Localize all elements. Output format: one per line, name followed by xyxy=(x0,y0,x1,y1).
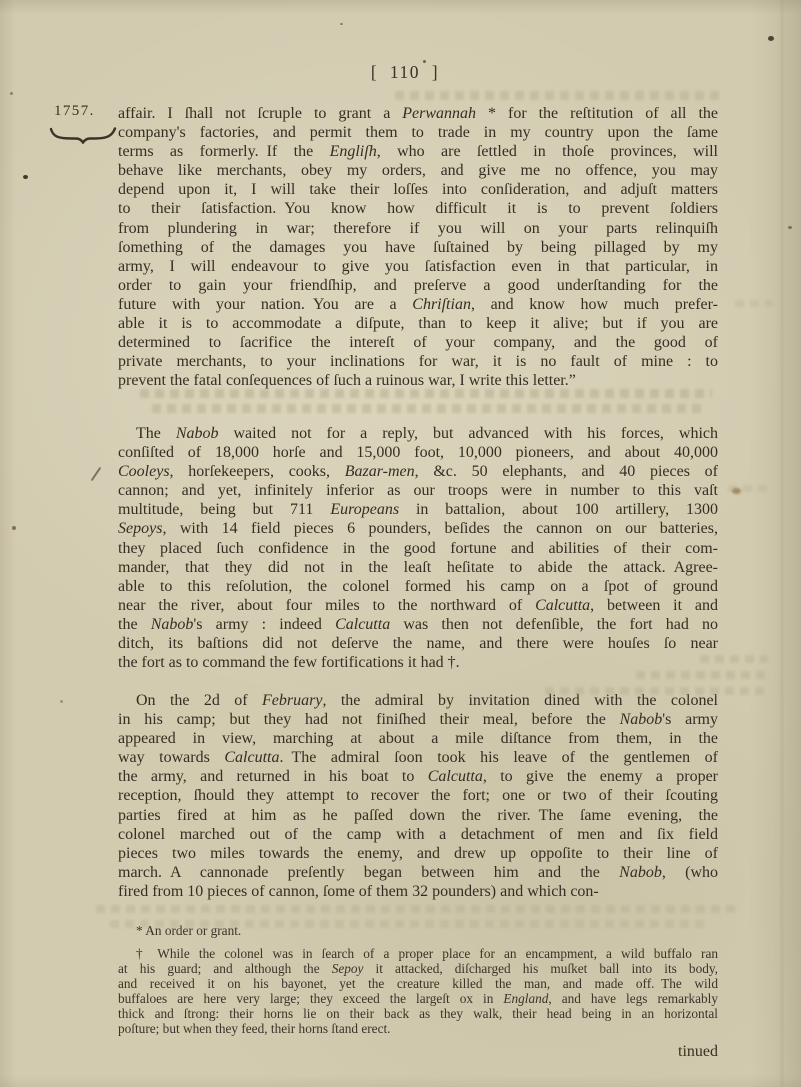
italic-text-segment: Nabob xyxy=(619,864,662,881)
text-segment: they placed ſuch confidence in the good … xyxy=(118,540,718,557)
bleed-through-mark xyxy=(700,655,768,663)
text-line: determined to ſacrifice the intereſt of … xyxy=(118,333,718,352)
italic-text-segment: Perwannah xyxy=(402,105,476,122)
text-line: ditch, its baſtions did not deſerve the … xyxy=(118,634,718,653)
text-segment: fired from 10 pieces of cannon, ſome of … xyxy=(118,883,599,900)
footnote-dagger: † While the colonel was in ſearch of a p… xyxy=(118,946,718,1037)
text-segment: the army, and returned in his boat to xyxy=(118,768,428,785)
foxing-spot xyxy=(732,488,741,494)
italic-text-segment: Europeans xyxy=(330,501,399,518)
italic-text-segment: February xyxy=(262,692,322,709)
text-segment: waited not for a reply, but advanced wit… xyxy=(219,425,719,442)
text-line: appeared in view, marching at about a mi… xyxy=(118,729,718,748)
text-segment: army, I will endeavour to give you ſatis… xyxy=(118,258,718,275)
text-line: able it is to accommodate a diſpute, tha… xyxy=(118,314,718,333)
text-line: army, I will endeavour to give you ſatis… xyxy=(118,257,718,276)
text-segment: prevent the fatal conſequences of ſuch a… xyxy=(118,372,576,389)
italic-text-segment: England xyxy=(503,991,548,1006)
text-segment: multitude, being but 711 xyxy=(118,501,330,518)
margin-year-note: 1757. xyxy=(54,103,95,120)
text-segment: reception, ſhould they attempt to recove… xyxy=(118,787,718,804)
bleed-through-mark xyxy=(152,404,704,413)
bleed-through-mark xyxy=(140,389,712,398)
text-line: Cooleys, horſekeepers, cooks, Bazar-men,… xyxy=(118,462,718,481)
text-line: depend upon it, I will take their loſſes… xyxy=(118,180,718,199)
bleed-through-mark xyxy=(545,687,768,695)
text-segment: order to gain your friendſhip, and preſe… xyxy=(118,277,718,294)
text-segment: march. A cannonade preſently began betwe… xyxy=(118,864,619,881)
ink-speck xyxy=(23,175,28,179)
text-segment: 's army : indeed xyxy=(193,616,335,633)
text-line: near the river, about four miles to the … xyxy=(118,596,718,615)
text-segment: way towards xyxy=(118,749,224,766)
text-line: private merchants, to your inclinations … xyxy=(118,352,718,371)
text-line: † While the colonel was in ſearch of a p… xyxy=(118,946,718,961)
ink-speck xyxy=(423,60,426,63)
text-line: thick and ſtrong: their horns lie on the… xyxy=(118,1006,718,1021)
text-segment: colonel marched out of the camp with a d… xyxy=(118,826,718,843)
text-line: reception, ſhould they attempt to recove… xyxy=(118,786,718,805)
ink-speck xyxy=(768,36,774,41)
bleed-through-mark xyxy=(636,671,768,679)
paragraph-nabob-advance: The Nabob waited not for a reply, but ad… xyxy=(118,424,718,672)
text-segment: company's factories, and permit them to … xyxy=(118,124,718,141)
bleed-through-mark xyxy=(735,300,773,307)
catchword: tinued xyxy=(118,1043,718,1061)
text-line: multitude, being but 711 Europeans in ba… xyxy=(118,500,718,519)
italic-text-segment: Calcutta xyxy=(224,749,279,766)
italic-text-segment: Chriſtian xyxy=(412,296,471,313)
text-segment: , and know how much prefer- xyxy=(471,296,718,313)
text-segment: * for the reſtitution of all the xyxy=(476,105,718,122)
text-segment: cannon; and yet, infinitely inferior as … xyxy=(118,482,718,499)
text-line: mander, that they did not in the leaſt h… xyxy=(118,558,718,577)
italic-text-segment: Calcutta xyxy=(335,616,390,633)
ink-speck xyxy=(10,92,13,95)
text-segment: at his guard; and although the xyxy=(118,961,332,976)
text-line: terms as formerly. If the Engliſh, who a… xyxy=(118,142,718,161)
text-segment: private merchants, to your inclinations … xyxy=(118,353,718,370)
italic-text-segment: Cooleys xyxy=(118,463,170,480)
bleed-through-mark xyxy=(96,905,736,913)
italic-text-segment: Bazar-men xyxy=(345,463,415,480)
text-line: and received it on his bayonet, yet the … xyxy=(118,976,718,991)
text-line: company's factories, and permit them to … xyxy=(118,123,718,142)
italic-text-segment: Calcutta xyxy=(535,597,590,614)
text-segment: , &c. 50 elephants, and 40 pieces of xyxy=(415,463,718,480)
italic-text-segment: Nabob xyxy=(176,425,219,442)
text-segment: it attacked, diſcharged his muſket ball … xyxy=(363,961,718,976)
italic-text-segment: Nabob xyxy=(151,616,194,633)
foxing-spot xyxy=(340,23,343,25)
text-segment: to their ſatisfaction. You know how diff… xyxy=(118,200,718,217)
foxing-spot xyxy=(12,526,16,530)
italic-text-segment: Calcutta xyxy=(428,768,483,785)
text-segment: . The admiral ſoon took his leave of the… xyxy=(279,749,718,766)
text-segment: appeared in view, marching at about a mi… xyxy=(118,730,718,747)
text-segment: mander, that they did not in the leaſt h… xyxy=(118,559,718,576)
text-segment: determined to ſacrifice the intereſt of … xyxy=(118,334,718,351)
text-segment: † While the colonel was in ſearch of a p… xyxy=(136,946,718,961)
text-segment: terms as formerly. If the xyxy=(118,143,330,160)
text-line: to their ſatisfaction. You know how diff… xyxy=(118,199,718,218)
text-line: buffaloes are here very large; they exce… xyxy=(118,991,718,1006)
text-line: from plundering in war; therefore if you… xyxy=(118,219,718,238)
text-segment: pieces two miles towards the enemy, and … xyxy=(118,845,718,862)
text-line: the Nabob's army : indeed Calcutta was t… xyxy=(118,615,718,634)
text-segment: , with 14 field pieces 6 pounders, beſid… xyxy=(162,520,718,537)
bleed-through-mark xyxy=(110,920,710,928)
text-line: Sepoys, with 14 field pieces 6 pounders,… xyxy=(118,519,718,538)
text-line: ſomething of the damages you have ſuſtai… xyxy=(118,238,718,257)
text-line: able to this reſolution, the colonel for… xyxy=(118,577,718,596)
text-segment: the fort as to command the few fortifica… xyxy=(118,654,460,671)
text-line: parties fired at him as he paſſed down t… xyxy=(118,806,718,825)
text-segment: able it is to accommodate a diſpute, tha… xyxy=(118,315,718,332)
text-segment: buffaloes are here very large; they exce… xyxy=(118,991,503,1006)
text-segment: in battalion, about 100 artillery, 1300 xyxy=(399,501,718,518)
text-segment: parties fired at him as he paſſed down t… xyxy=(118,807,718,824)
text-line: fired from 10 pieces of cannon, ſome of … xyxy=(118,882,718,901)
text-segment: thick and ſtrong: their horns lie on the… xyxy=(118,1006,718,1021)
italic-text-segment: Sepoys xyxy=(118,520,162,537)
text-segment: ſomething of the damages you have ſuſtai… xyxy=(118,239,718,256)
text-segment: able to this reſolution, the colonel for… xyxy=(118,578,718,595)
text-line: future with your nation. You are a Chriſ… xyxy=(118,295,718,314)
text-line: in his camp; but they had not finiſhed t… xyxy=(118,710,718,729)
italic-text-segment: Nabob xyxy=(620,711,663,728)
page-edge-shading xyxy=(781,0,783,1087)
text-segment: near the river, about four miles to the … xyxy=(118,597,535,614)
text-line: the army, and returned in his boat to Ca… xyxy=(118,767,718,786)
text-line: they placed ſuch confidence in the good … xyxy=(118,539,718,558)
bleed-through-mark xyxy=(395,91,725,100)
stray-pen-mark xyxy=(91,467,102,481)
text-line: prevent the fatal conſequences of ſuch a… xyxy=(118,371,718,390)
text-segment: in his camp; but they had not finiſhed t… xyxy=(118,711,620,728)
book-page-scan: { "page": { "header": "[ 110 ]", "margin… xyxy=(0,0,801,1087)
text-segment: , who are ſettled in thoſe provinces, wi… xyxy=(377,143,718,160)
page-number: [ 110 ] xyxy=(105,62,705,83)
text-segment: poſture; but when they feed, their horns… xyxy=(118,1021,391,1036)
text-line: colonel marched out of the camp with a d… xyxy=(118,825,718,844)
foxing-spot xyxy=(60,700,63,703)
text-line: way towards Calcutta. The admiral ſoon t… xyxy=(118,748,718,767)
text-segment: , between it and xyxy=(590,597,718,614)
text-segment: On the 2d of xyxy=(136,692,262,709)
text-segment: future with your nation. You are a xyxy=(118,296,412,313)
brace-glyph xyxy=(48,126,118,144)
text-segment: , (who xyxy=(662,864,718,881)
text-line: order to gain your friendſhip, and preſe… xyxy=(118,276,718,295)
text-line: poſture; but when they feed, their horns… xyxy=(118,1021,718,1036)
italic-text-segment: Sepoy xyxy=(332,961,364,976)
margin-brace xyxy=(48,126,118,149)
text-line: The Nabob waited not for a reply, but ad… xyxy=(118,424,718,443)
text-segment: conſiſted of 18,000 horſe and 15,000 foo… xyxy=(118,444,718,461)
text-segment: and received it on his bayonet, yet the … xyxy=(118,976,718,991)
text-line: pieces two miles towards the enemy, and … xyxy=(118,844,718,863)
text-line: affair. I ſhall not ſcruple to grant a P… xyxy=(118,104,718,123)
text-segment: ditch, its baſtions did not deſerve the … xyxy=(118,635,718,652)
text-segment: , and have legs remarkably xyxy=(548,991,718,1006)
text-line: the fort as to command the few fortifica… xyxy=(118,653,718,672)
text-line: behave like merchants, obey my orders, a… xyxy=(118,161,718,180)
text-line: march. A cannonade preſently began betwe… xyxy=(118,863,718,882)
text-segment: , horſekeepers, cooks, xyxy=(170,463,345,480)
foxing-spot xyxy=(788,226,792,229)
text-segment: , to give the enemy a proper xyxy=(483,768,718,785)
text-segment: from plundering in war; therefore if you… xyxy=(118,220,718,237)
text-line: at his guard; and although the Sepoy it … xyxy=(118,961,718,976)
text-line: conſiſted of 18,000 horſe and 15,000 foo… xyxy=(118,443,718,462)
text-segment: was then not defenſible, the fort had no xyxy=(390,616,718,633)
text-segment: 's army xyxy=(662,711,718,728)
italic-text-segment: Engliſh xyxy=(330,143,377,160)
paragraph-letter-conclusion: affair. I ſhall not ſcruple to grant a P… xyxy=(118,104,718,390)
text-segment: the xyxy=(118,616,151,633)
text-segment: The xyxy=(136,425,176,442)
text-line: cannon; and yet, infinitely inferior as … xyxy=(118,481,718,500)
text-segment: behave like merchants, obey my orders, a… xyxy=(118,162,718,179)
text-segment: depend upon it, I will take their loſſes… xyxy=(118,181,718,198)
paragraph-february-2: On the 2d of February, the admiral by in… xyxy=(118,691,718,901)
text-segment: affair. I ſhall not ſcruple to grant a xyxy=(118,105,402,122)
